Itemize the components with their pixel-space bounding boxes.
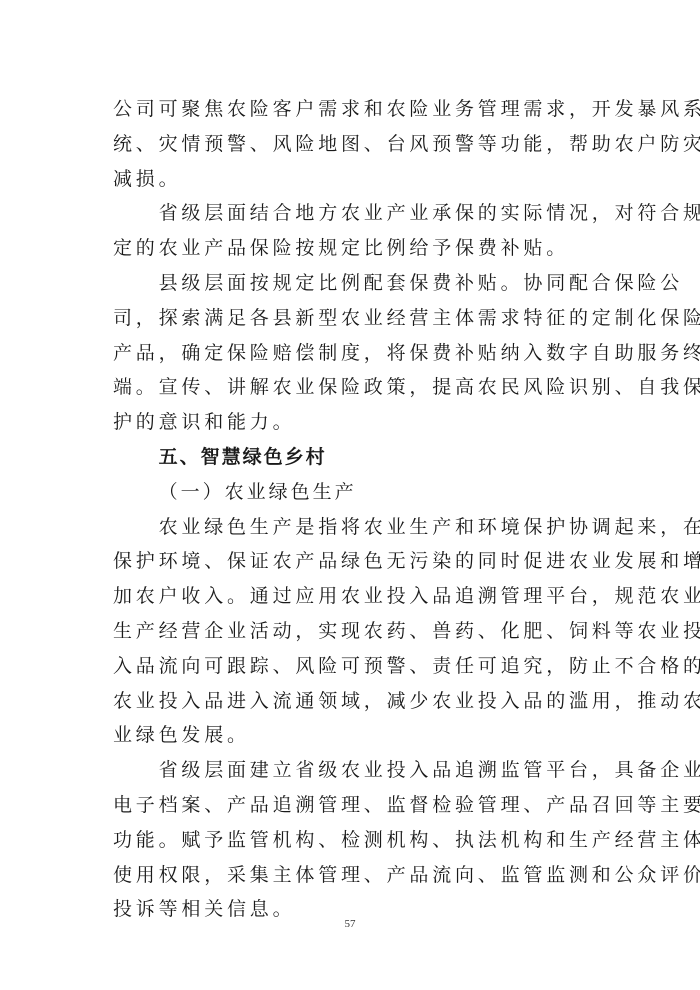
- text-line: 生产经营企业活动，实现农药、兽药、化肥、饲料等农业投: [113, 614, 593, 649]
- paragraph-green-production: 农业绿色生产是指将农业生产和环境保护协调起来，在 保护环境、保证农产品绿色无污染…: [113, 510, 593, 754]
- text-line: 农业投入品进入流通领域，减少农业投入品的滥用，推动农: [113, 684, 593, 719]
- text-line: 减损。: [113, 162, 593, 197]
- text-line: 护的意识和能力。: [113, 405, 593, 440]
- paragraph-insurance-features: 公司可聚焦农险客户需求和农险业务管理需求，开发暴风系 统、灾情预警、风险地图、台…: [113, 92, 593, 196]
- text-line: 农业绿色生产是指将农业生产和环境保护协调起来，在: [113, 510, 593, 545]
- text-line: 省级层面建立省级农业投入品追溯监管平台，具备企业: [113, 753, 593, 788]
- text-line: 保护环境、保证农产品绿色无污染的同时促进农业发展和增: [113, 544, 593, 579]
- text-line: 功能。赋予监管机构、检测机构、执法机构和生产经营主体: [113, 823, 593, 858]
- text-line: 省级层面结合地方农业产业承保的实际情况，对符合规: [113, 196, 593, 231]
- text-line: 加农户收入。通过应用农业投入品追溯管理平台，规范农业: [113, 579, 593, 614]
- text-line: 公司可聚焦农险客户需求和农险业务管理需求，开发暴风系: [113, 92, 593, 127]
- paragraph-traceability-platform: 省级层面建立省级农业投入品追溯监管平台，具备企业 电子档案、产品追溯管理、监督检…: [113, 753, 593, 927]
- text-line: 业绿色发展。: [113, 718, 593, 753]
- text-line: 司，探索满足各县新型农业经营主体需求特征的定制化保险: [113, 301, 593, 336]
- subsection-heading: （一）农业绿色生产: [113, 475, 593, 510]
- paragraph-county-subsidy: 县级层面按规定比例配套保费补贴。协同配合保险公 司，探索满足各县新型农业经营主体…: [113, 266, 593, 440]
- text-line: 定的农业产品保险按规定比例给予保费补贴。: [113, 231, 593, 266]
- section-heading: 五、智慧绿色乡村: [113, 440, 593, 475]
- text-line: 入品流向可跟踪、风险可预警、责任可追究，防止不合格的: [113, 649, 593, 684]
- text-line: 电子档案、产品追溯管理、监督检验管理、产品召回等主要: [113, 788, 593, 823]
- text-line: 产品，确定保险赔偿制度，将保费补贴纳入数字自助服务终: [113, 336, 593, 371]
- document-page: 公司可聚焦农险客户需求和农险业务管理需求，开发暴风系 统、灾情预警、风险地图、台…: [0, 0, 700, 990]
- text-line: 统、灾情预警、风险地图、台风预警等功能，帮助农户防灾: [113, 127, 593, 162]
- text-line: 使用权限，采集主体管理、产品流向、监管监测和公众评价: [113, 858, 593, 893]
- text-line: 端。宣传、讲解农业保险政策，提高农民风险识别、自我保: [113, 370, 593, 405]
- page-number: 57: [0, 918, 700, 930]
- paragraph-provincial-subsidy: 省级层面结合地方农业产业承保的实际情况，对符合规 定的农业产品保险按规定比例给予…: [113, 196, 593, 266]
- text-line: 县级层面按规定比例配套保费补贴。协同配合保险公: [113, 266, 593, 301]
- page-body: 公司可聚焦农险客户需求和农险业务管理需求，开发暴风系 统、灾情预警、风险地图、台…: [113, 92, 593, 927]
